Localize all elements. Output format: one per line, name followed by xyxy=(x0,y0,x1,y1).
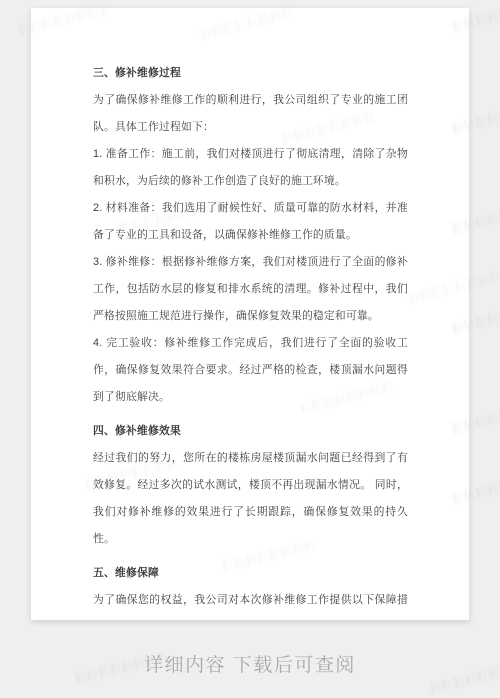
section-heading: 三、修补维修过程 xyxy=(93,60,408,87)
paragraph: 1. 准备工作：施工前，我们对楼顶进行了彻底清理，清除了杂物和积水，为后续的修补… xyxy=(93,141,408,195)
section-heading: 五、维修保障 xyxy=(93,560,408,587)
download-notice-bar: 详细内容 下载后可查阅 xyxy=(0,628,500,698)
paragraph: 2. 材料准备：我们选用了耐候性好、质量可靠的防水材料，并准备了专业的工具和设备… xyxy=(93,195,408,249)
document-preview-screen: 三、修补维修过程为了确保修补维修工作的顺利进行，我公司组织了专业的施工团队。具体… xyxy=(0,0,500,698)
paragraph: 经过我们的努力，您所在的楼栋房屋楼顶漏水问题已经得到了有效修复。经过多次的试水测… xyxy=(93,445,408,553)
document-page: 三、修补维修过程为了确保修补维修工作的顺利进行，我公司组织了专业的施工团队。具体… xyxy=(31,8,469,620)
paragraph: 4. 完工验收：修补维修工作完成后，我们进行了全面的验收工作，确保修复效果符合要… xyxy=(93,330,408,411)
section-heading: 四、修补维修效果 xyxy=(93,418,408,445)
document-text: 三、修补维修过程为了确保修补维修工作的顺利进行，我公司组织了专业的施工团队。具体… xyxy=(93,60,408,620)
paragraph: 为了确保修补维修工作的顺利进行，我公司组织了专业的施工团队。具体工作过程如下： xyxy=(93,87,408,141)
download-notice-text: 详细内容 下载后可查阅 xyxy=(144,650,356,677)
paragraph: 为了确保您的权益，我公司对本次修补维修工作提供以下保障措施： xyxy=(93,587,408,620)
paragraph: 3. 修补维修：根据修补维修方案，我们对楼顶进行了全面的修补工作，包括防水层的修… xyxy=(93,249,408,330)
